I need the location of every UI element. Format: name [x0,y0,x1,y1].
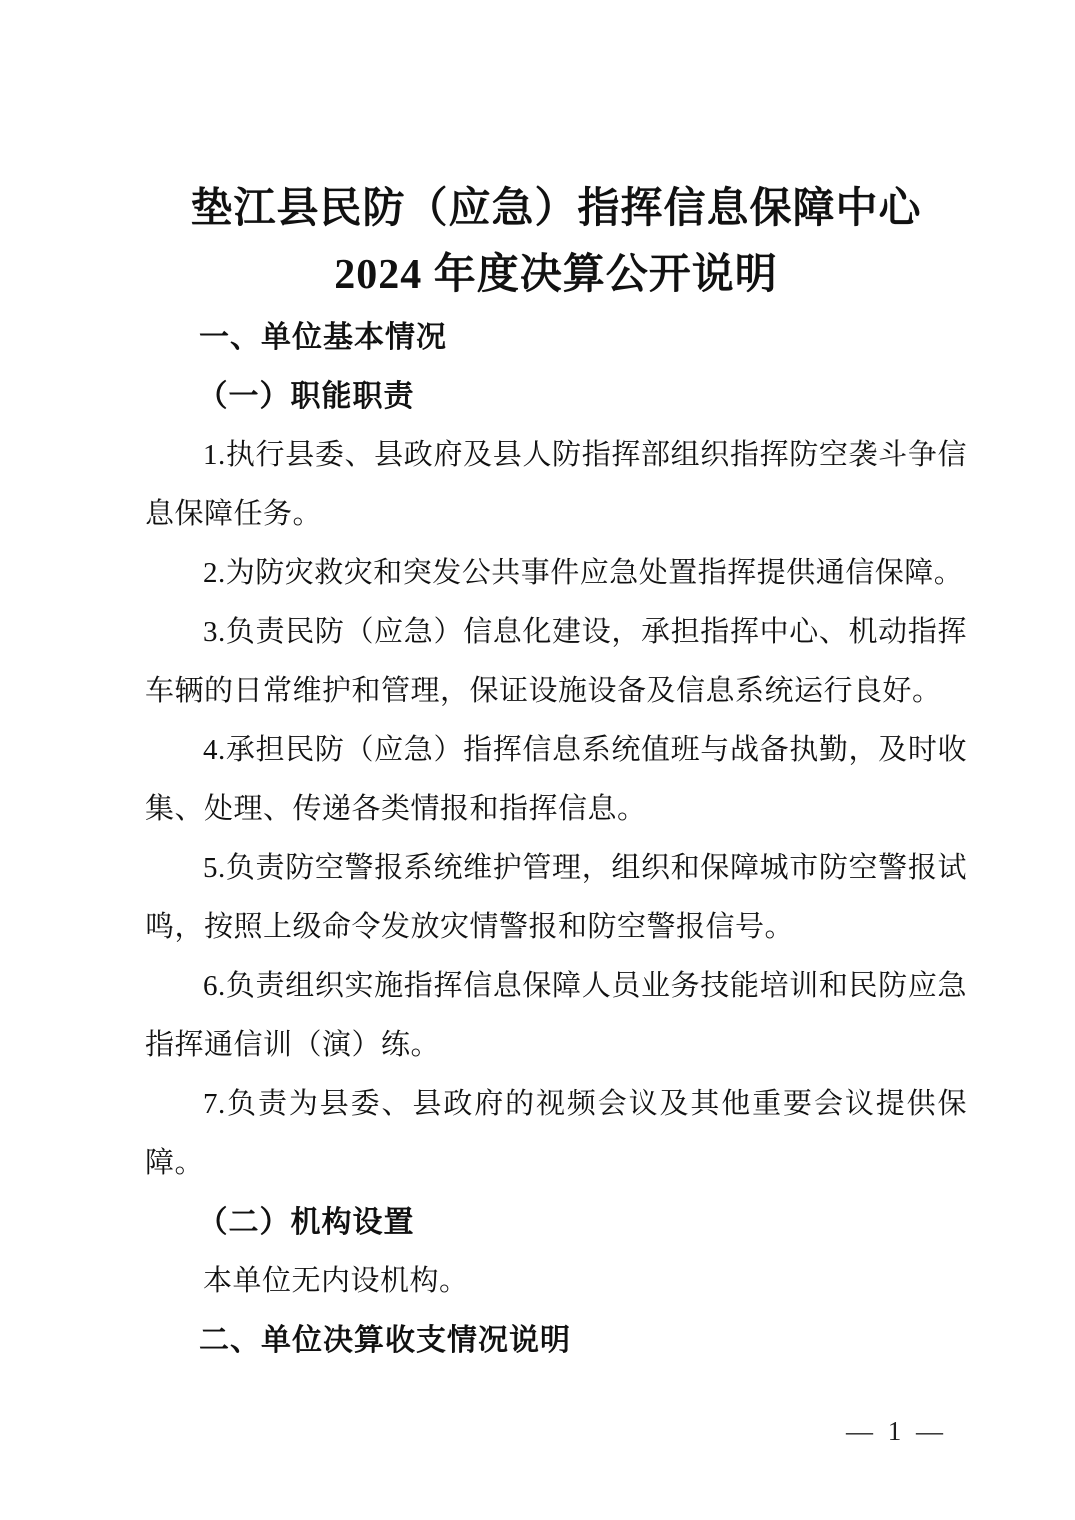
paragraph: 1.执行县委、县政府及县人防指挥部组织指挥防空袭斗争信息保障任务。 [145,426,967,544]
paragraph: 4.承担民防（应急）指挥信息系统值班与战备执勤，及时收集、处理、传递各类情报和指… [145,721,967,839]
section-heading: 一、单位基本情况 [145,308,967,367]
paragraph: 5.负责防空警报系统维护管理，组织和保障城市防空警报试鸣，按照上级命令发放灾情警… [145,839,967,957]
document-title: 垫江县民防（应急）指挥信息保障中心 2024 年度决算公开说明 [145,176,967,308]
paragraph: 3.负责民防（应急）信息化建设，承担指挥中心、机动指挥车辆的日常维护和管理，保证… [145,603,967,721]
document-title-line2: 2024 年度决算公开说明 [145,242,967,308]
document-body: 垫江县民防（应急）指挥信息保障中心 2024 年度决算公开说明 一、单位基本情况… [145,176,967,1370]
paragraph: 本单位无内设机构。 [145,1252,967,1311]
document-title-line1: 垫江县民防（应急）指挥信息保障中心 [145,176,967,242]
content-blocks: 一、单位基本情况（一）职能职责1.执行县委、县政府及县人防指挥部组织指挥防空袭斗… [145,308,967,1370]
subsection-heading: （一）职能职责 [145,367,967,426]
document-page: 垫江县民防（应急）指挥信息保障中心 2024 年度决算公开说明 一、单位基本情况… [0,0,1075,1520]
page-number: — 1 — [846,1416,947,1447]
subsection-heading: （二）机构设置 [145,1193,967,1252]
paragraph: 2.为防灾救灾和突发公共事件应急处置指挥提供通信保障。 [145,544,967,603]
paragraph: 7.负责为县委、县政府的视频会议及其他重要会议提供保障。 [145,1075,967,1193]
section-heading: 二、单位决算收支情况说明 [145,1311,967,1370]
paragraph: 6.负责组织实施指挥信息保障人员业务技能培训和民防应急指挥通信训（演）练。 [145,957,967,1075]
